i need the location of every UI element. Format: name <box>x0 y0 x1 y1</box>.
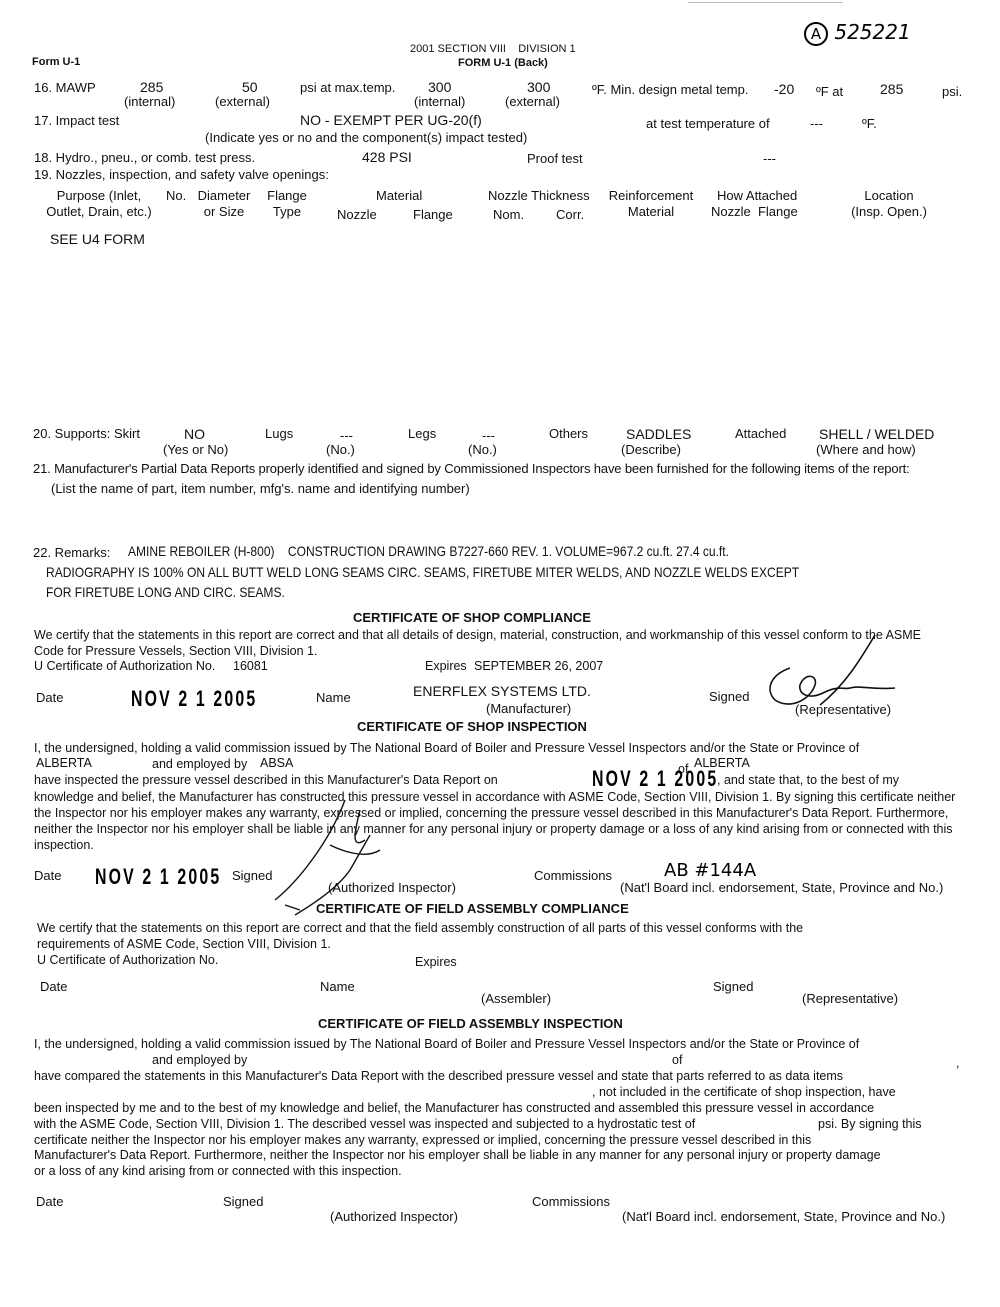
circled-letter-icon: A <box>804 22 828 46</box>
temp-external-hint: (external) <box>505 94 560 109</box>
field-signed-hint: (Representative) <box>802 991 898 1006</box>
col-nozzle-thickness: Nozzle Thickness <box>488 188 590 203</box>
attached-label: Attached <box>735 426 786 441</box>
field-inspection-title: CERTIFICATE OF FIELD ASSEMBLY INSPECTION <box>318 1016 623 1031</box>
attached-hint: (Where and how) <box>816 442 916 457</box>
field-inspection-signed-label: Signed <box>223 1194 263 1209</box>
shop-date-label: Date <box>36 690 63 705</box>
mdmt-psi: 285 <box>880 81 903 97</box>
field-expires-label: Expires <box>415 955 457 969</box>
field-inspection-line4: , not included in the certificate of sho… <box>592 1085 896 1099</box>
mawp-internal-hint: (internal) <box>124 94 175 109</box>
others-label: Others <box>549 426 588 441</box>
shop-inspection-signed-label: Signed <box>232 868 272 883</box>
shop-inspection-commissions-label: Commissions <box>534 868 612 883</box>
remarks-line3: FOR FIRETUBE LONG AND CIRC. SEAMS. <box>46 584 285 600</box>
shop-expires-label: Expires <box>425 659 467 673</box>
field-inspection-signed-hint: (Authorized Inspector) <box>330 1209 458 1224</box>
field-inspection-body2-suffix: psi. By signing this <box>818 1117 922 1131</box>
shop-signed-label: Signed <box>709 689 749 704</box>
shop-inspection-line3-suffix: , and state that, to the best of my <box>717 773 899 787</box>
code-title: 2001 SECTION VIII DIVISION 1 <box>410 43 576 55</box>
impact-temp-label: at test temperature of <box>646 116 770 131</box>
col-reinforcement: Reinforcement Material <box>603 188 699 220</box>
field-name-label: Name <box>320 979 355 994</box>
impact-temp-value: --- <box>810 116 823 131</box>
shop-auth-value: 16081 <box>233 659 268 673</box>
shop-inspection-line1: I, the undersigned, holding a valid comm… <box>34 741 859 755</box>
col-flange-type-line1: Flange <box>262 188 312 204</box>
mawp-external: 50 <box>242 79 258 95</box>
col-diameter-line1: Diameter <box>194 188 254 204</box>
impact-temp-unit: ºF. <box>862 116 877 131</box>
shop-inspection-title: CERTIFICATE OF SHOP INSPECTION <box>357 719 587 734</box>
col-material: Material <box>376 188 422 203</box>
lugs-hint: (No.) <box>326 442 355 457</box>
remarks-line1: AMINE REBOILER (H-800) CONSTRUCTION DRAW… <box>128 543 729 559</box>
handwritten-reference: A 525221 <box>804 20 911 46</box>
shop-date-stamp: NOV 2 1 2005 <box>131 686 257 712</box>
shop-inspection-commissions-value: AB #144A <box>664 860 756 881</box>
hydro-value: 428 PSI <box>362 149 412 165</box>
field-inspection-line3: have compared the statements in this Man… <box>34 1069 843 1083</box>
shop-auth-label: U Certificate of Authorization No. <box>34 659 215 673</box>
temp-internal: 300 <box>428 79 451 95</box>
legs-hint: (No.) <box>468 442 497 457</box>
item17-label: 17. Impact test <box>34 113 119 128</box>
temp-internal-hint: (internal) <box>414 94 465 109</box>
item21-label: 21. Manufacturer's Partial Data Reports … <box>33 461 910 476</box>
scan-artifact-line <box>688 2 843 3</box>
shop-inspection-commissions-hint: (Nat'l Board incl. endorsement, State, P… <box>620 880 943 895</box>
shop-name-label: Name <box>316 690 351 705</box>
impact-value: NO - EXEMPT PER UG-20(f) <box>300 112 482 128</box>
field-inspection-of-label: of <box>672 1053 682 1067</box>
field-inspection-body1: been inspected by me and to the best of … <box>34 1101 874 1115</box>
col-flange-type-line2: Type <box>262 204 312 220</box>
shop-inspection-employer: ABSA <box>260 756 293 770</box>
field-signed-label: Signed <box>713 979 753 994</box>
shop-inspection-body: knowledge and belief, the Manufacturer h… <box>34 789 964 853</box>
shop-inspection-date2-stamp: NOV 2 1 2005 <box>95 864 221 890</box>
col-material-flange: Flange <box>413 207 453 222</box>
col-location: Location (Insp. Open.) <box>842 188 936 220</box>
shop-name-hint: (Manufacturer) <box>486 701 571 716</box>
col-purpose-line1: Purpose (Inlet, <box>44 188 154 204</box>
remarks-line2: RADIOGRAPHY IS 100% ON ALL BUTT WELD LON… <box>46 564 799 580</box>
col-diameter: Diameter or Size <box>194 188 254 220</box>
field-inspection-date-label: Date <box>36 1194 63 1209</box>
field-inspection-body3: certificate neither the Inspector nor hi… <box>34 1133 811 1147</box>
field-auth-label: U Certificate of Authorization No. <box>37 953 218 967</box>
col-location-line2: (Insp. Open.) <box>842 204 936 220</box>
psi-label: psi. <box>942 84 962 99</box>
col-location-line1: Location <box>842 188 936 204</box>
attached-value: SHELL / WELDED <box>819 426 934 442</box>
shop-compliance-title: CERTIFICATE OF SHOP COMPLIANCE <box>353 610 591 625</box>
col-thickness-corr: Corr. <box>556 207 584 222</box>
temp-external: 300 <box>527 79 550 95</box>
lugs-value: --- <box>340 428 353 443</box>
field-inspection-body5: or a loss of any kind arising from or co… <box>34 1164 402 1178</box>
mdmt-label: ºF. Min. design metal temp. <box>592 82 748 97</box>
item20-label: 20. Supports: Skirt <box>33 426 140 441</box>
field-inspection-line1: I, the undersigned, holding a valid comm… <box>34 1037 859 1051</box>
field-inspection-commissions-hint: (Nat'l Board incl. endorsement, State, P… <box>622 1209 945 1224</box>
col-reinforcement-line1: Reinforcement <box>603 188 699 204</box>
col-how-attached-sub: Nozzle Flange <box>711 204 798 219</box>
col-purpose: Purpose (Inlet, Outlet, Drain, etc.) <box>44 188 154 220</box>
legs-value: --- <box>482 428 495 443</box>
nozzles-entry: SEE U4 FORM <box>50 231 145 247</box>
representative-signature <box>750 630 900 720</box>
shop-name-value: ENERFLEX SYSTEMS LTD. <box>413 683 591 699</box>
field-inspection-comma: , <box>956 1056 959 1070</box>
shop-inspection-province: ALBERTA <box>36 756 92 770</box>
item21-hint: (List the name of part, item number, mfg… <box>51 481 470 496</box>
others-value: SADDLES <box>626 426 691 442</box>
item18-label: 18. Hydro., pneu., or comb. test press. <box>34 150 255 165</box>
field-date-label: Date <box>40 979 67 994</box>
field-name-hint: (Assembler) <box>481 991 551 1006</box>
skirt-hint: (Yes or No) <box>163 442 228 457</box>
field-inspection-commissions-label: Commissions <box>532 1194 610 1209</box>
proof-value: --- <box>763 151 776 166</box>
field-inspection-employed-label: and employed by <box>152 1053 247 1067</box>
mawp-internal: 285 <box>140 79 163 95</box>
f-at-label: ºF at <box>816 84 843 99</box>
skirt-value: NO <box>184 426 205 442</box>
item16-label: 16. MAWP <box>34 80 96 95</box>
mdmt-value: -20 <box>774 81 794 97</box>
legs-label: Legs <box>408 426 436 441</box>
form-label: Form U-1 <box>32 56 80 68</box>
impact-hint: (Indicate yes or no and the component(s)… <box>205 130 527 145</box>
col-material-nozzle: Nozzle <box>337 207 377 222</box>
col-reinforcement-line2: Material <box>603 204 699 220</box>
col-flange-type: Flange Type <box>262 188 312 220</box>
psi-at-label: psi at max.temp. <box>300 80 395 95</box>
item19-label: 19. Nozzles, inspection, and safety valv… <box>34 167 329 182</box>
field-compliance-title: CERTIFICATE OF FIELD ASSEMBLY COMPLIANCE <box>316 901 629 916</box>
proof-label: Proof test <box>527 151 583 166</box>
mawp-external-hint: (external) <box>215 94 270 109</box>
item22-label: 22. Remarks: <box>33 545 110 560</box>
field-compliance-text: We certify that the statements on this r… <box>37 920 867 952</box>
col-purpose-line2: Outlet, Drain, etc.) <box>44 204 154 220</box>
shop-inspection-line3-prefix: have inspected the pressure vessel descr… <box>34 773 498 787</box>
field-inspection-body2-prefix: with the ASME Code, Section VIII, Divisi… <box>34 1117 695 1131</box>
reference-number: 525221 <box>834 20 910 44</box>
shop-inspection-employed-label: and employed by <box>152 757 247 771</box>
form-title: FORM U-1 (Back) <box>458 57 548 69</box>
col-how-attached: How Attached <box>717 188 797 203</box>
col-no: No. <box>166 188 186 203</box>
col-diameter-line2: or Size <box>194 204 254 220</box>
others-hint: (Describe) <box>621 442 681 457</box>
lugs-label: Lugs <box>265 426 293 441</box>
col-thickness-nom: Nom. <box>493 207 524 222</box>
shop-inspection-date-label: Date <box>34 868 61 883</box>
field-inspection-body4: Manufacturer's Data Report. Furthermore,… <box>34 1148 881 1162</box>
shop-expires-value: SEPTEMBER 26, 2007 <box>474 659 603 673</box>
